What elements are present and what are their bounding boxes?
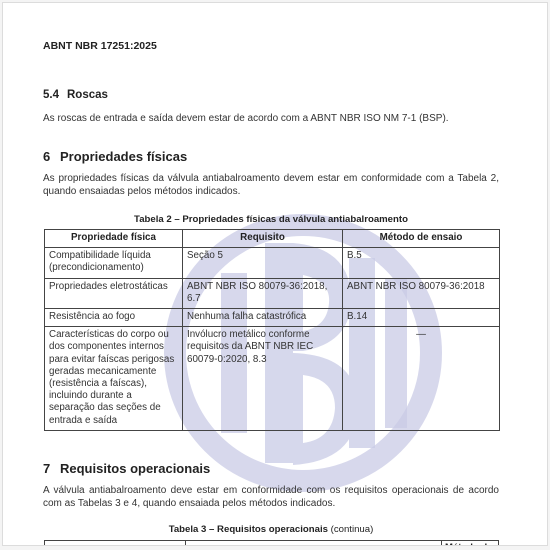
section-number: 5.4 — [43, 89, 67, 101]
column-header: Propriedade física — [45, 230, 183, 248]
table-row: Propriedades eletrostáticas ABNT NBR ISO… — [45, 278, 500, 308]
section-heading-5-4: 5.4Roscas — [43, 89, 108, 101]
table-cell: Seção 5 — [183, 248, 343, 278]
table-cell: Propriedades eletrostáticas — [45, 278, 183, 308]
table-row: Características do corpo ou dos componen… — [45, 327, 500, 431]
table-2-caption: Tabela 2 – Propriedades físicas da válvu… — [43, 214, 499, 225]
table-3-column-divider — [185, 541, 186, 546]
section-title: Requisitos operacionais — [60, 461, 210, 476]
table-header-row: Propriedade física Requisito Método de e… — [45, 230, 500, 248]
document-page: ABNT NBR 17251:2025 5.4Roscas As roscas … — [2, 2, 548, 546]
document-id: ABNT NBR 17251:2025 — [43, 40, 157, 52]
table-cell: ABNT NBR ISO 80079-36:2018 — [343, 278, 500, 308]
table-cell: B.14 — [343, 309, 500, 327]
section-heading-7: 7Requisitos operacionais — [43, 461, 210, 476]
section-6-text: As propriedades físicas da válvula antia… — [43, 172, 499, 198]
table-3-caption: Tabela 3 – Requisitos operacionais (cont… — [43, 524, 499, 535]
section-5-4-text: As roscas de entrada e saída devem estar… — [43, 112, 513, 125]
table-cell: Nenhuma falha catastrófica — [183, 309, 343, 327]
section-number: 6 — [43, 149, 60, 164]
table-3-caption-title: Tabela 3 – Requisitos operacionais — [169, 524, 328, 535]
column-header: Requisito — [183, 230, 343, 248]
section-heading-6: 6Propriedades físicas — [43, 149, 187, 164]
table-2: Propriedade física Requisito Método de e… — [44, 229, 500, 431]
table-row: Resistência ao fogo Nenhuma falha catast… — [45, 309, 500, 327]
section-number: 7 — [43, 461, 60, 476]
table-cell: — — [343, 327, 500, 431]
table-3: Método de — [44, 540, 499, 546]
table-cell: B.5 — [343, 248, 500, 278]
section-title: Propriedades físicas — [60, 149, 187, 164]
section-title: Roscas — [67, 89, 108, 101]
table-3-continues-label: (continua) — [331, 524, 374, 535]
table-row: Compatibilidade líquida (precondicioname… — [45, 248, 500, 278]
table-cell: Resistência ao fogo — [45, 309, 183, 327]
table-cell: Invólucro metálico conforme requisitos d… — [183, 327, 343, 431]
table-3-column-divider — [441, 541, 442, 546]
column-header: Método de ensaio — [343, 230, 500, 248]
column-header: Método de — [445, 542, 493, 546]
table-cell: Compatibilidade líquida (precondicioname… — [45, 248, 183, 278]
section-7-text: A válvula antiabalroamento deve estar em… — [43, 484, 499, 510]
table-cell: Características do corpo ou dos componen… — [45, 327, 183, 431]
table-cell: ABNT NBR ISO 80079-36:2018, 6.7 — [183, 278, 343, 308]
